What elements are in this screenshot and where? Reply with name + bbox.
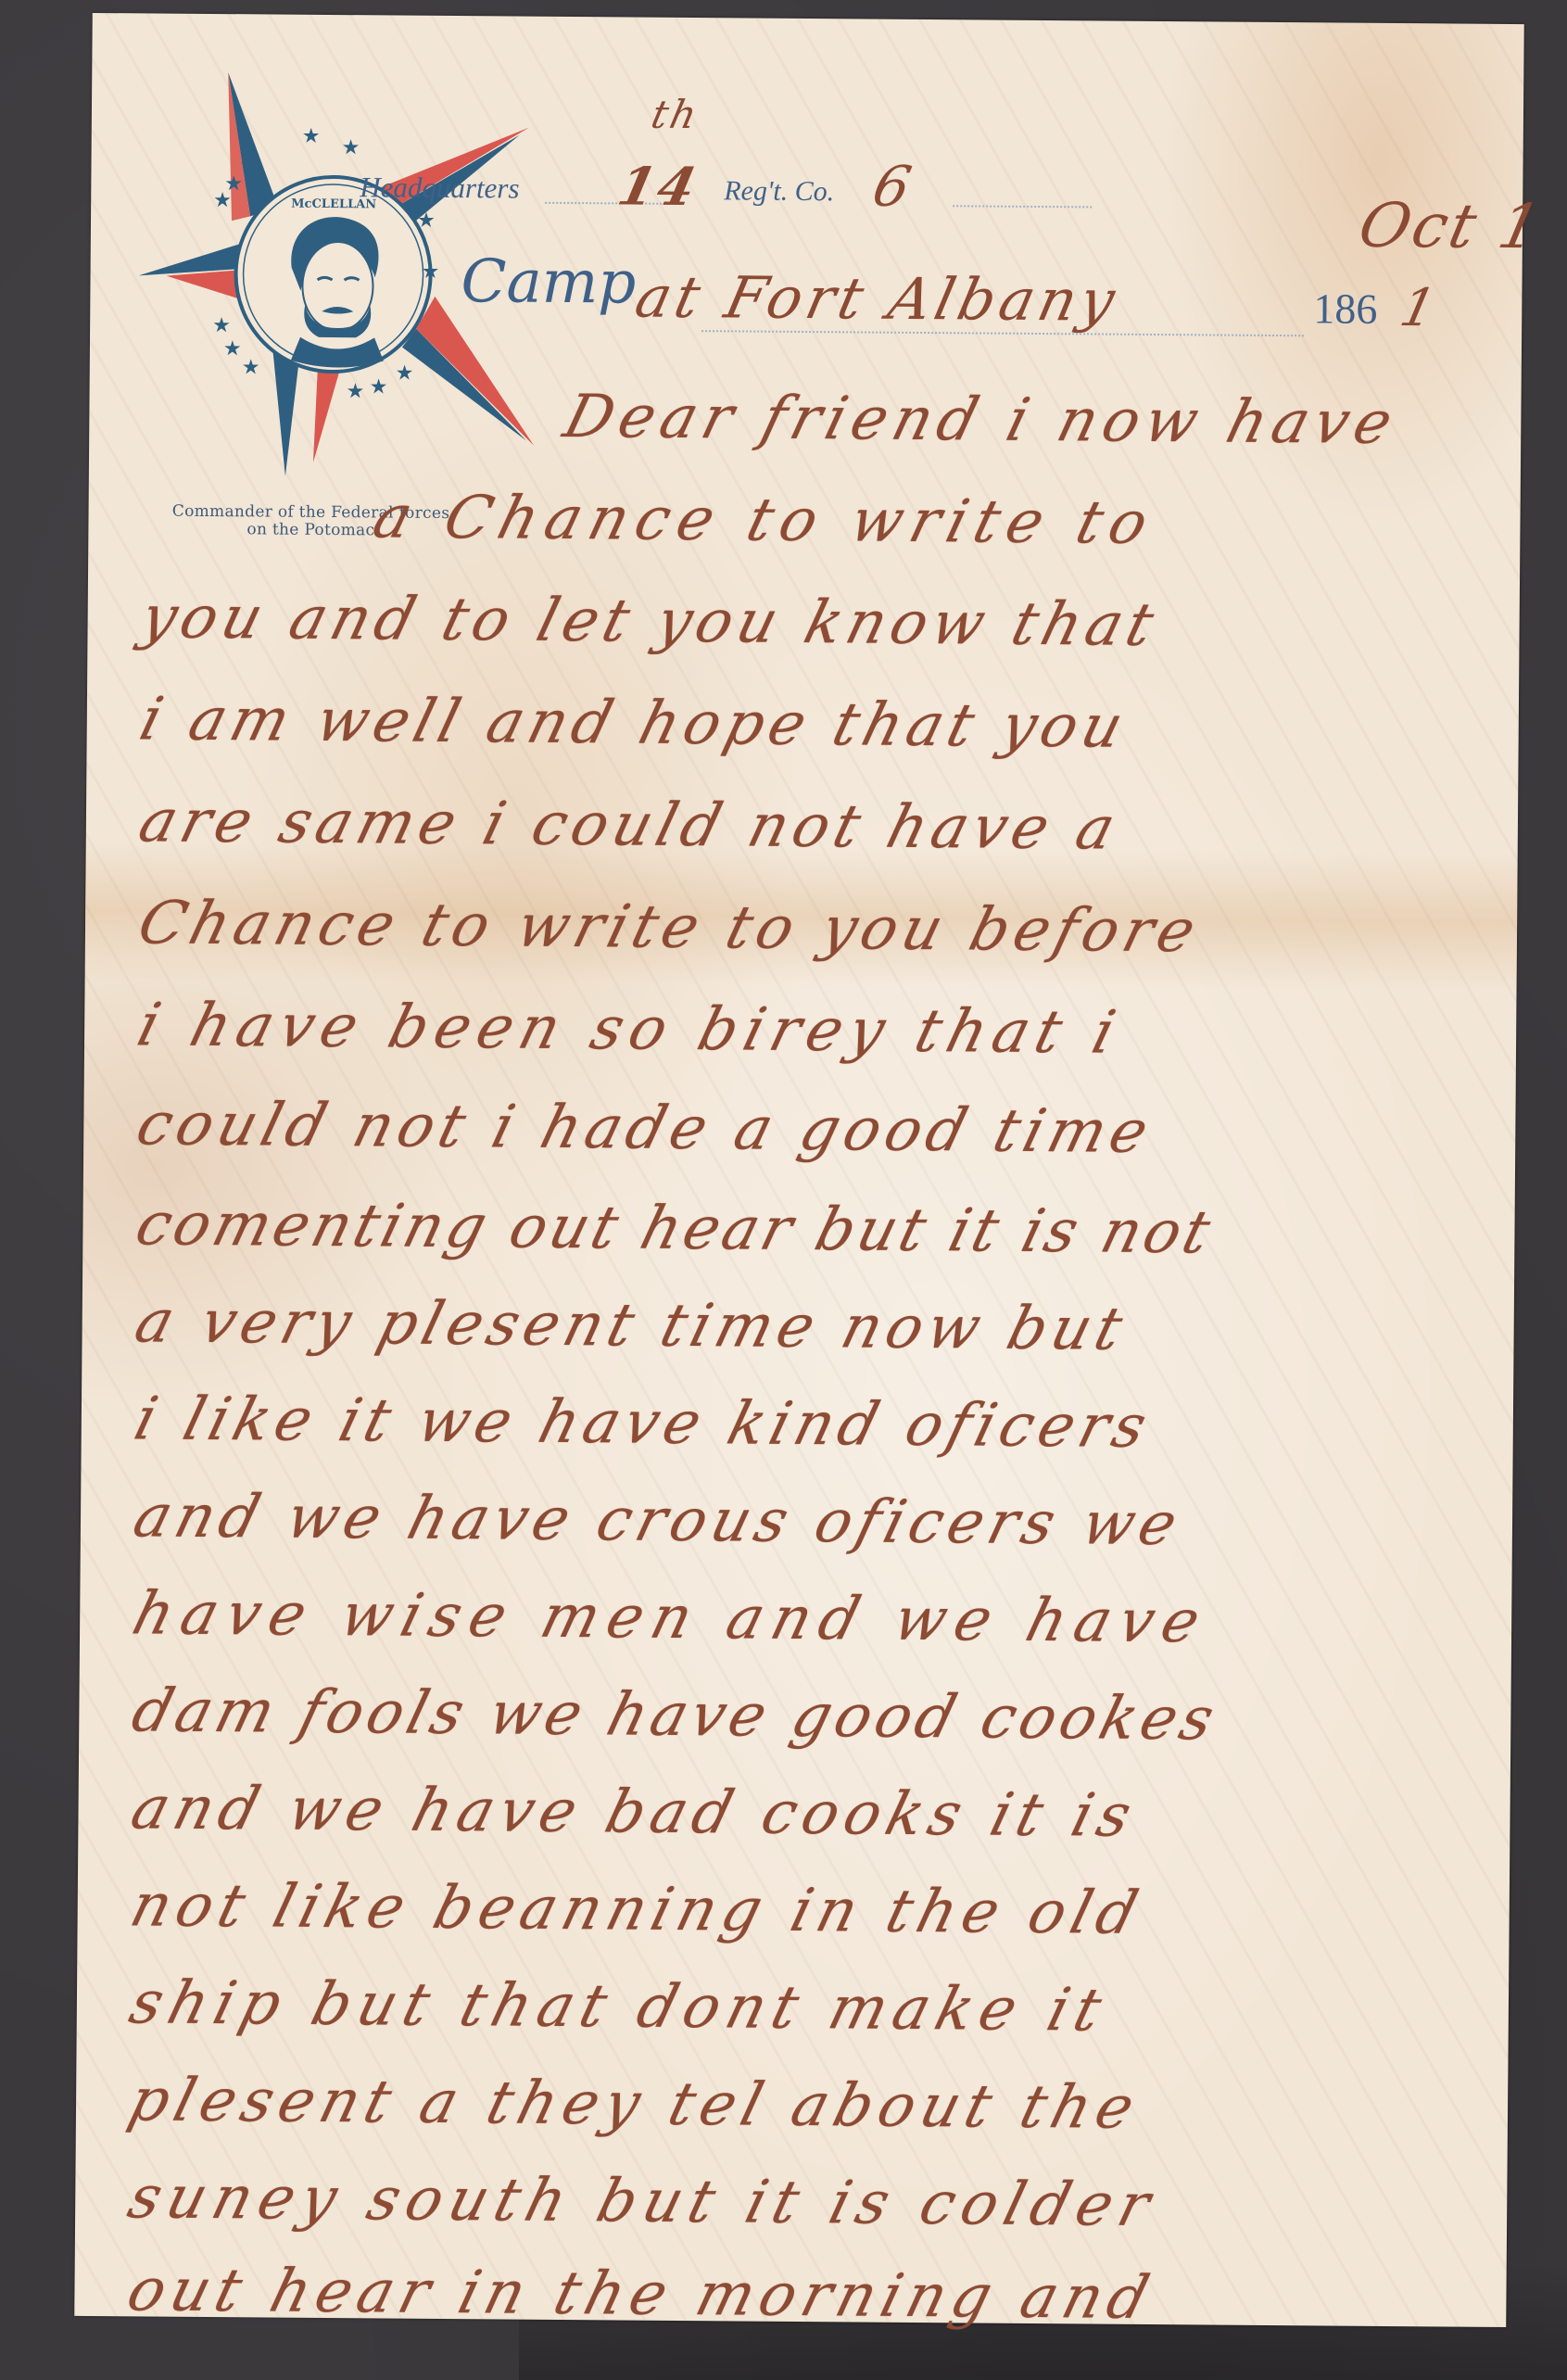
body-line: Chance to write to you before — [132, 889, 1207, 966]
body-line: not like beanning in the old — [123, 1871, 1150, 1947]
svg-text:★: ★ — [422, 260, 440, 284]
regiment-suffix: th — [648, 92, 704, 137]
dotted-rule-2 — [953, 205, 1092, 208]
svg-text:★: ★ — [213, 189, 232, 212]
regiment-label: Reg't. Co. — [724, 175, 834, 208]
body-line: you and to let you know that — [133, 583, 1166, 659]
regiment-number: 14 — [613, 156, 703, 218]
year-printed: 186 — [1313, 284, 1377, 334]
body-line: ship but that dont make it — [123, 1969, 1116, 2045]
body-line: Dear friend i now have — [557, 383, 1406, 458]
letter-sheet: McCLELLAN ★ ★ ★ ★ ★ ★ ★ ★ ★ ★ ★ ★ ★ — [74, 13, 1523, 2327]
body-line: plesent a they tel about the — [122, 2066, 1147, 2142]
body-line: comenting out hear but it is not — [129, 1190, 1220, 1267]
body-line: could not i hade a good time — [130, 1090, 1160, 1166]
body-line: dam fools we have good cookes — [125, 1677, 1225, 1753]
body-line: and we have crous oficers we — [127, 1482, 1190, 1559]
body-line: suney south but it is colder — [121, 2163, 1164, 2240]
svg-text:★: ★ — [242, 356, 260, 379]
body-line: a Chance to write to — [366, 483, 1163, 557]
body-line: a very plesent time now but — [128, 1287, 1134, 1363]
svg-text:★: ★ — [223, 337, 242, 361]
svg-text:★: ★ — [370, 375, 388, 399]
year-handwritten: 1 — [1395, 278, 1444, 338]
svg-text:★: ★ — [396, 362, 414, 386]
body-line: and we have bad cooks it is — [124, 1774, 1144, 1850]
body-line: i like it we have kind oficers — [128, 1385, 1159, 1461]
svg-text:★: ★ — [212, 314, 231, 337]
svg-text:★: ★ — [417, 209, 436, 233]
company-number: 6 — [867, 155, 920, 220]
camp-location: at Fort Albany — [629, 263, 1125, 335]
svg-text:★: ★ — [342, 136, 360, 159]
body-line: are same i could not have a — [133, 787, 1128, 863]
body-line: i have been so birey that i — [131, 991, 1130, 1067]
svg-text:★: ★ — [302, 125, 321, 148]
body-line: out hear in the morning and — [120, 2256, 1162, 2333]
body-line: have wise men and we have — [126, 1579, 1216, 1656]
headquarters-label: Headquarters — [360, 171, 519, 205]
camp-label: Camp — [461, 247, 636, 317]
svg-text:★: ★ — [346, 380, 364, 403]
letter-date: Oct 1 — [1353, 190, 1550, 262]
body-line: i am well and hope that you — [133, 685, 1136, 761]
